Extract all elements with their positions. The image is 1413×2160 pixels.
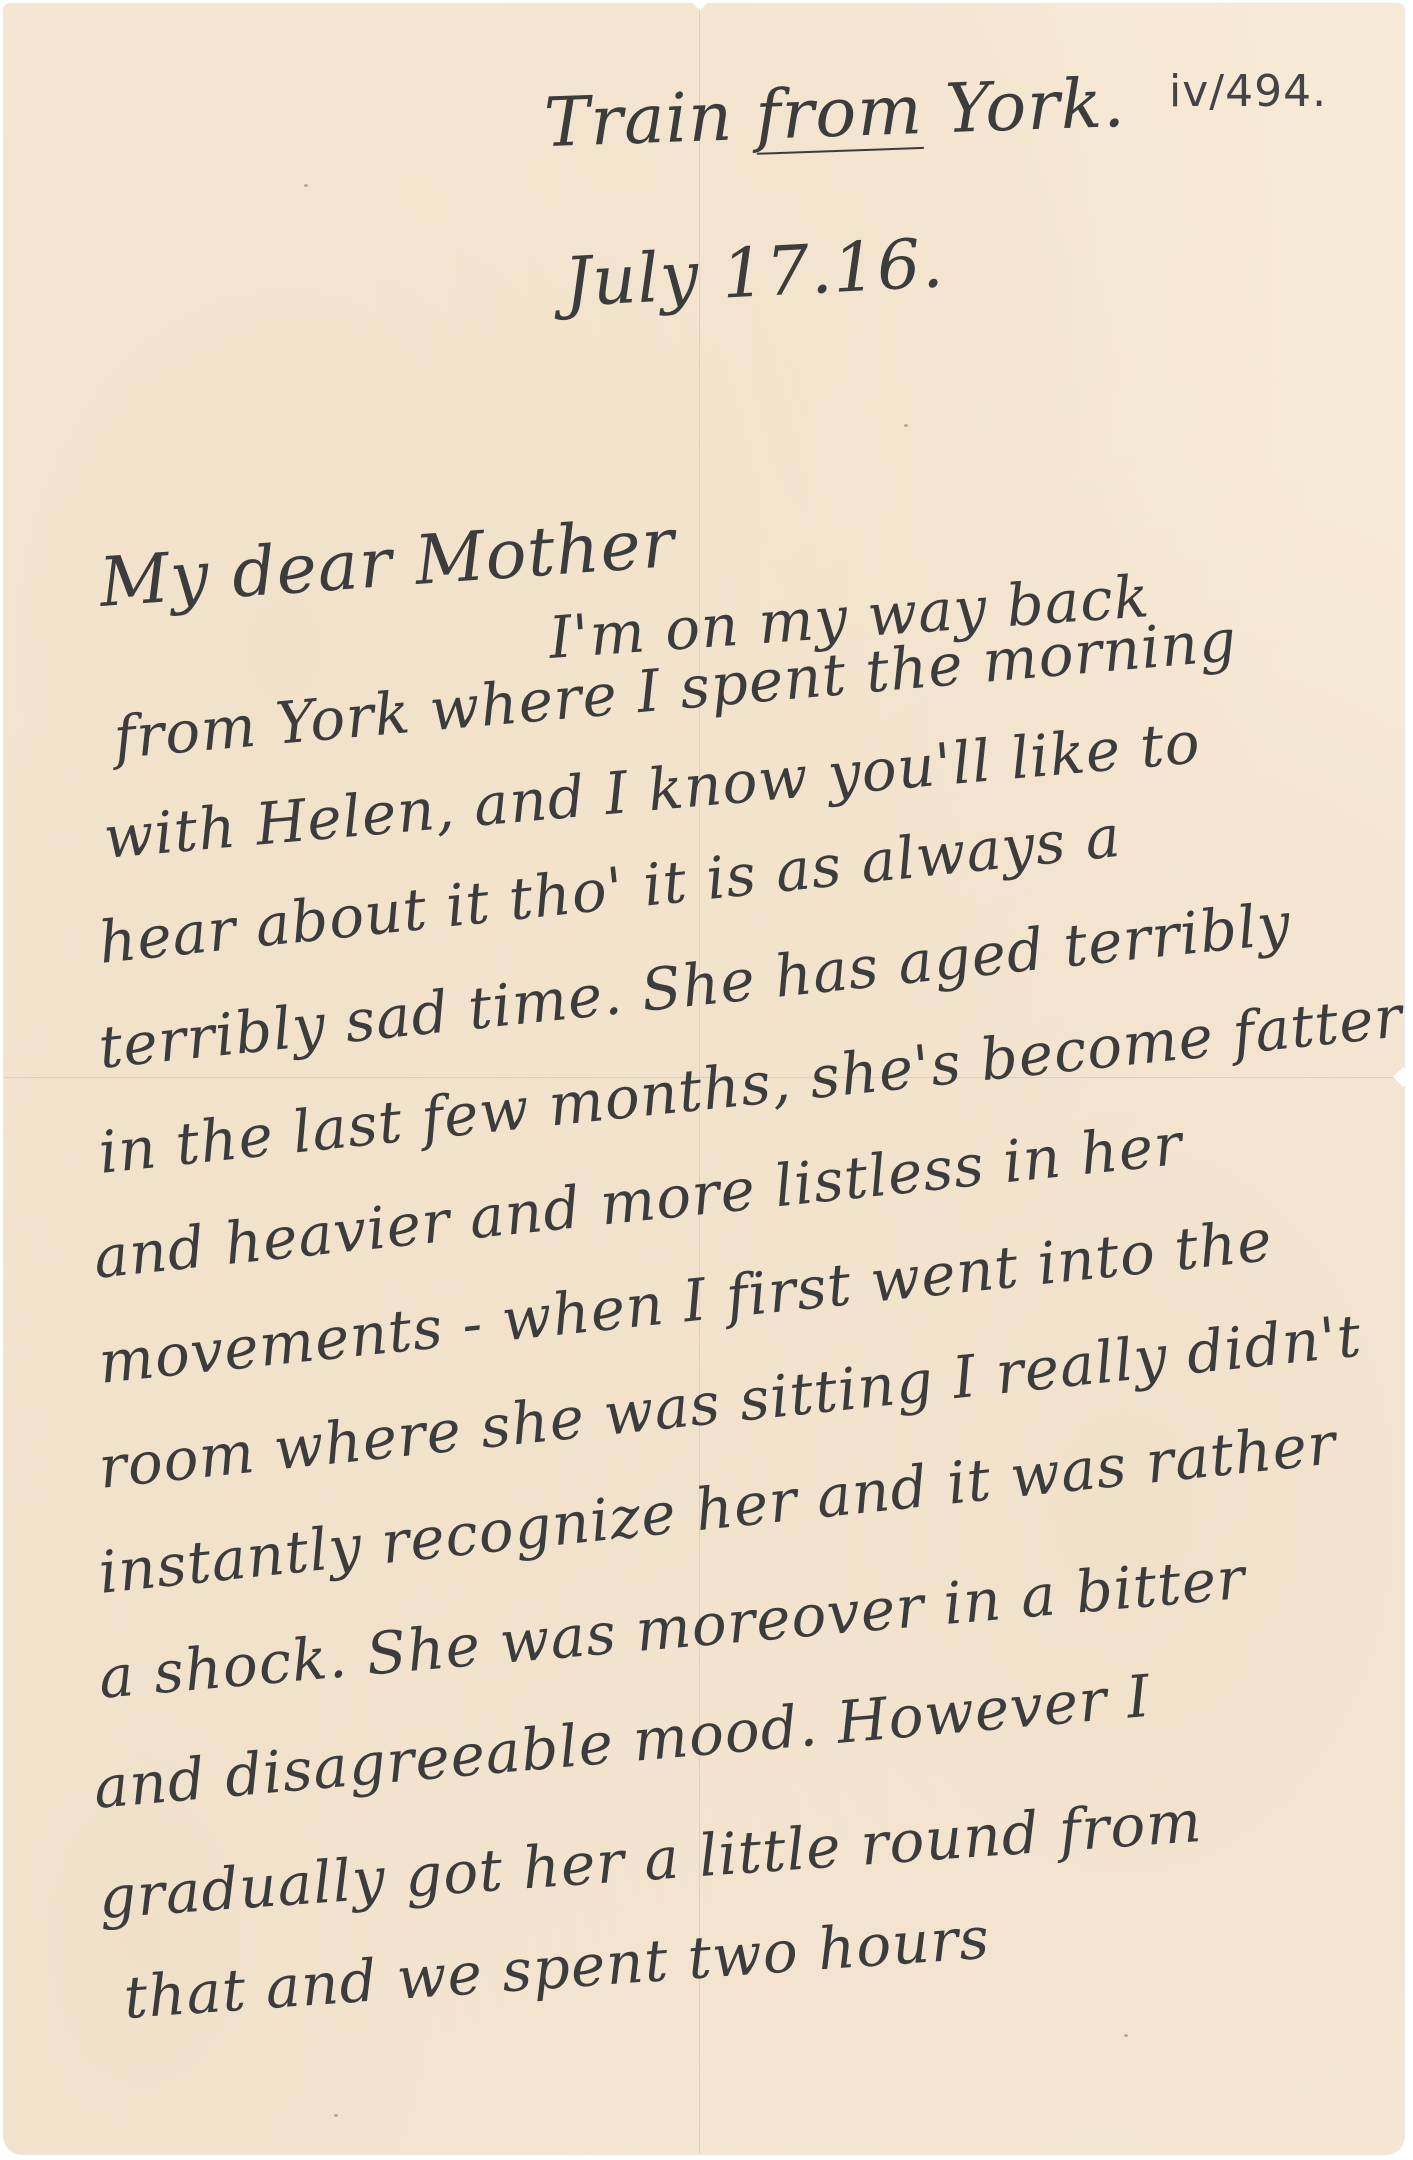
top-edge-notch (692, 0, 709, 10)
letter-line: that and we spent two hours (122, 1904, 992, 2032)
archive-reference: iv/494. (1169, 66, 1327, 117)
paper-speck (334, 2114, 338, 2117)
paper-speck (904, 424, 908, 427)
letter-sheet: Train from York. iv/494. July 17.16. My … (4, 4, 1404, 2154)
letter-date: July 17.16. (562, 224, 946, 323)
heading-place-suffix: York. (921, 64, 1127, 150)
right-edge-notch (1393, 1067, 1413, 1087)
heading-place-prefix: Train (543, 77, 757, 163)
letter-heading-place: Train from York. (543, 64, 1127, 163)
paper-speck (304, 184, 308, 187)
paper-speck (1124, 2034, 1128, 2037)
letter-line: gradually got her a little round from (97, 1787, 1205, 1932)
heading-place-underlined: from (754, 71, 924, 156)
